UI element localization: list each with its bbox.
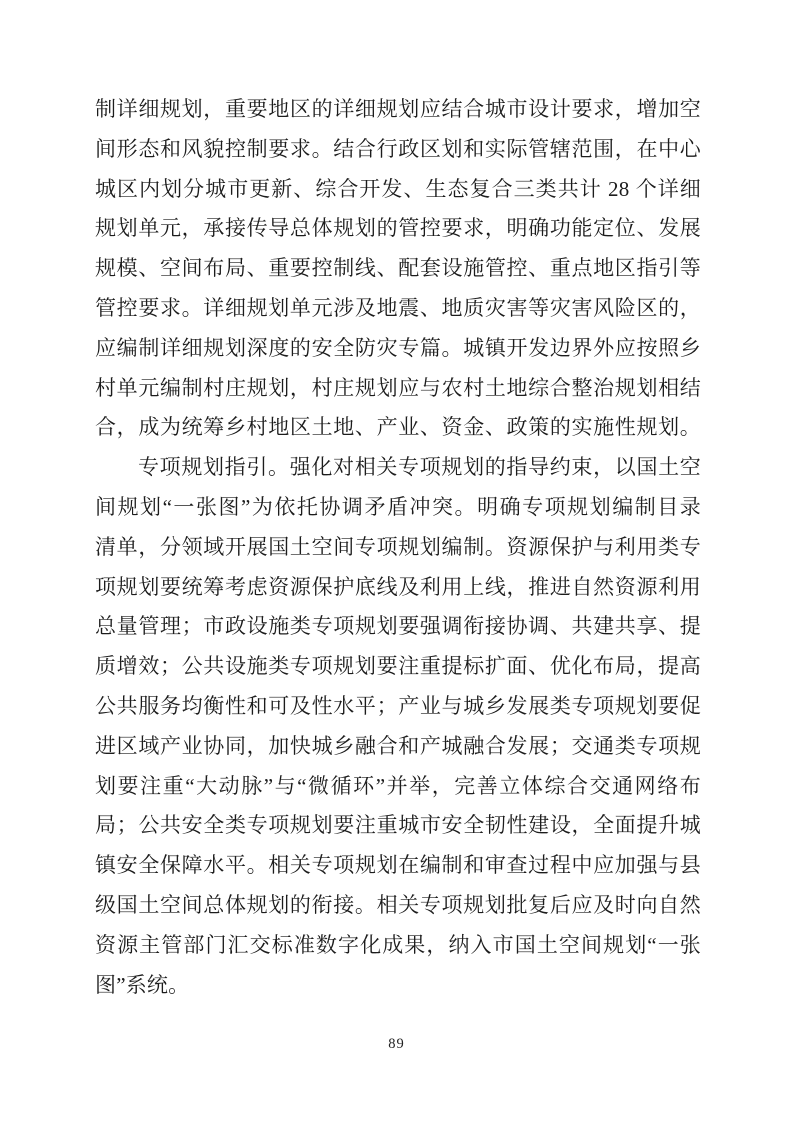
text-line: 划要注重“大动脉”与“微循环”并举，完善立体综合交通网络布 [95, 767, 701, 807]
text-line: 质增效；公共设施类专项规划要注重提标扩面、优化布局，提高 [95, 647, 701, 687]
text-line: 资源主管部门汇交标准数字化成果，纳入市国土空间规划“一张 [95, 926, 701, 966]
text-line: 总量管理；市政设施类专项规划要强调衔接协调、共建共享、提 [95, 607, 701, 647]
text-line: 规划单元，承接传导总体规划的管控要求，明确功能定位、发展 [95, 209, 701, 249]
text-line: 专项规划指引。强化对相关专项规划的指导约束，以国土空 [95, 448, 701, 488]
text-line: 合，成为统筹乡村地区土地、产业、资金、政策的实施性规划。 [95, 408, 701, 448]
page-number: 89 [0, 1036, 793, 1053]
text-line: 图”系统。 [95, 966, 701, 1006]
text-line: 村单元编制村庄规划，村庄规划应与农村土地综合整治规划相结 [95, 369, 701, 409]
text-line: 规模、空间布局、重要控制线、配套设施管控、重点地区指引等 [95, 249, 701, 289]
text-line: 公共服务均衡性和可及性水平；产业与城乡发展类专项规划要促 [95, 687, 701, 727]
text-line: 城区内划分城市更新、综合开发、生态复合三类共计 28 个详细 [95, 170, 701, 210]
text-line: 进区域产业协同，加快城乡融合和产城融合发展；交通类专项规 [95, 727, 701, 767]
text-line: 项规划要统筹考虑资源保护底线及利用上线，推进自然资源利用 [95, 568, 701, 608]
text-line: 管控要求。详细规划单元涉及地震、地质灾害等灾害风险区的， [95, 289, 701, 329]
text-line: 制详细规划，重要地区的详细规划应结合城市设计要求，增加空 [95, 90, 701, 130]
document-page: 制详细规划，重要地区的详细规划应结合城市设计要求，增加空 间形态和风貌控制要求。… [0, 0, 793, 1122]
text-line: 局；公共安全类专项规划要注重城市安全韧性建设，全面提升城 [95, 806, 701, 846]
body-text: 制详细规划，重要地区的详细规划应结合城市设计要求，增加空 间形态和风貌控制要求。… [95, 90, 701, 1005]
text-line: 级国土空间总体规划的衔接。相关专项规划批复后应及时向自然 [95, 886, 701, 926]
text-line: 间形态和风貌控制要求。结合行政区划和实际管辖范围，在中心 [95, 130, 701, 170]
text-line: 应编制详细规划深度的安全防灾专篇。城镇开发边界外应按照乡 [95, 329, 701, 369]
text-line: 清单，分领域开展国土空间专项规划编制。资源保护与利用类专 [95, 528, 701, 568]
text-line: 间规划“一张图”为依托协调矛盾冲突。明确专项规划编制目录 [95, 488, 701, 528]
text-line: 镇安全保障水平。相关专项规划在编制和审查过程中应加强与县 [95, 846, 701, 886]
